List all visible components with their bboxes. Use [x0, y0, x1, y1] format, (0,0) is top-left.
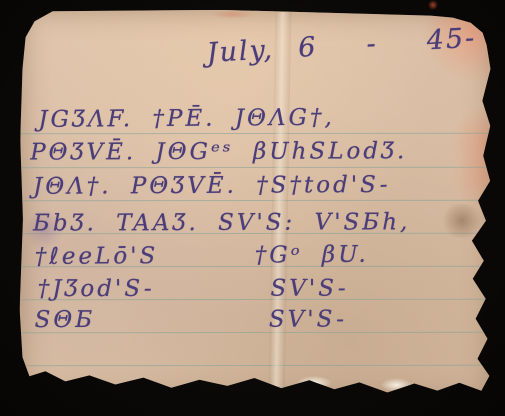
paper-fiber-tuft	[381, 378, 411, 391]
torn-fold-shadow	[440, 204, 484, 238]
paper-scrap: July, 6 - 45- JGƷΛF. †PĒ. JΘΛG†, PΘƷVĒ. …	[19, 9, 492, 401]
ruled-line	[20, 167, 492, 168]
ruled-line	[20, 133, 492, 134]
handwritten-line: †JƷod'S- SV'S-	[38, 276, 349, 303]
handwritten-line: БbƷ. TAAƷ. SV'S: V'SБh,	[33, 209, 410, 236]
ruled-line	[20, 200, 492, 201]
photo-background: July, 6 - 45- JGƷΛF. †PĒ. JΘΛG†, PΘƷVĒ. …	[0, 0, 505, 416]
handwritten-line: JΘΛ†. PΘƷVĒ. †S†tod'S-	[33, 172, 391, 200]
date-heading: July, 6 - 45-	[206, 23, 477, 69]
handwritten-line: PΘƷVĒ. JΘGᵉˢ βUhSLodƷ.	[30, 138, 407, 165]
red-stain	[211, 10, 255, 19]
ruled-line	[19, 365, 491, 366]
paper-crease	[269, 10, 292, 400]
paper-fiber-tuft	[297, 376, 331, 389]
handwritten-line: SΘБ SV'S-	[35, 307, 347, 334]
handwritten-line: JGƷΛF. †PĒ. JΘΛG†,	[38, 105, 335, 133]
handwritten-line: †ℓeeLō'S †Gᵒ βU.	[35, 242, 369, 270]
